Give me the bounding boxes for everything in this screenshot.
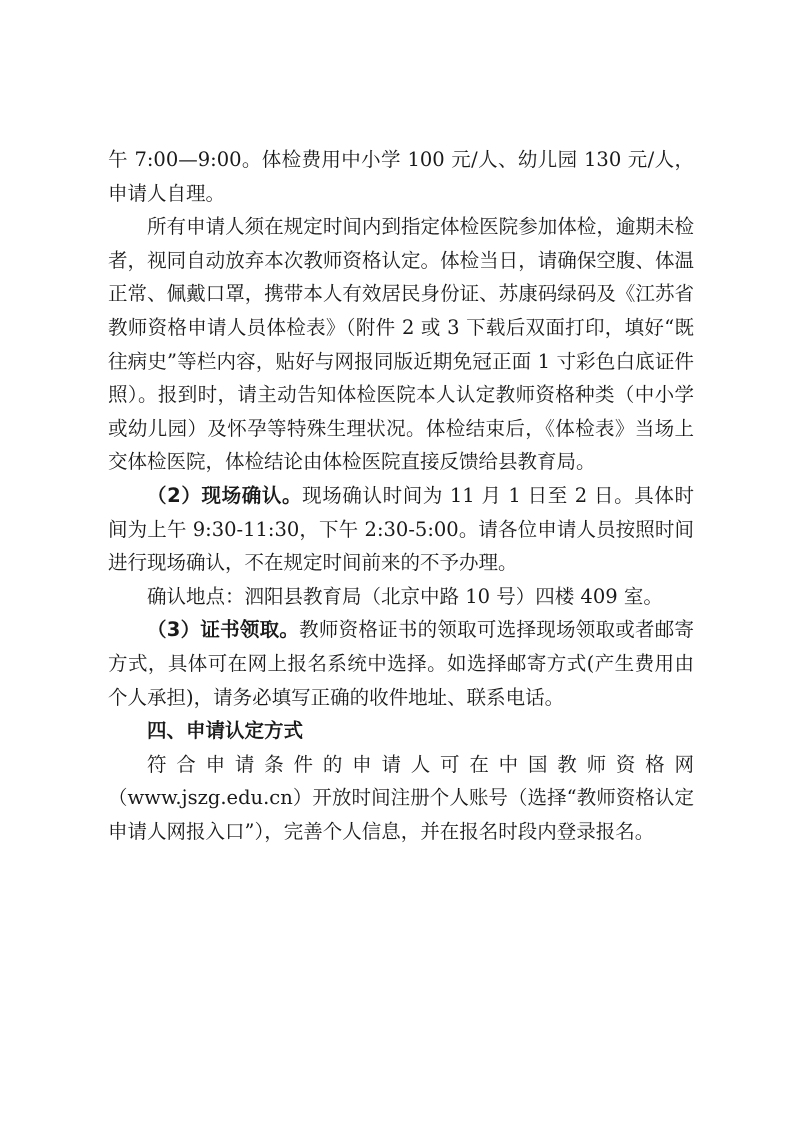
paragraph-exam-fee: 午 7:00—9:00。体检费用中小学 100 元/人、幼儿园 130 元/人，… <box>108 143 694 210</box>
paragraph-confirmation-location: 确认地点：泗阳县教育局（北京中路 10 号）四楼 409 室。 <box>108 580 694 614</box>
paragraph-application-method-line1: 符合申请条件的申请人可在中国教师资格网 <box>108 748 694 782</box>
section-heading-application-method: 四、申请认定方式 <box>108 714 694 748</box>
paragraph-onsite-confirmation: （2）现场确认。现场确认时间为 11 月 1 日至 2 日。具体时间为上午 9:… <box>108 479 694 580</box>
paragraph-medical-exam-requirements: 所有申请人须在规定时间内到指定体检医院参加体检，逾期未检者，视同自动放弃本次教师… <box>108 210 694 479</box>
document-page: 午 7:00—9:00。体检费用中小学 100 元/人、幼儿园 130 元/人，… <box>108 143 694 848</box>
certificate-collection-heading: （3）证书领取。 <box>147 618 299 641</box>
paragraph-application-method: （www.jszg.edu.cn）开放时间注册个人账号（选择“教师资格认定申请人… <box>108 781 694 848</box>
onsite-confirmation-heading: （2）现场确认。 <box>147 484 302 507</box>
paragraph-certificate-collection: （3）证书领取。教师资格证书的领取可选择现场领取或者邮寄方式，具体可在网上报名系… <box>108 613 694 714</box>
